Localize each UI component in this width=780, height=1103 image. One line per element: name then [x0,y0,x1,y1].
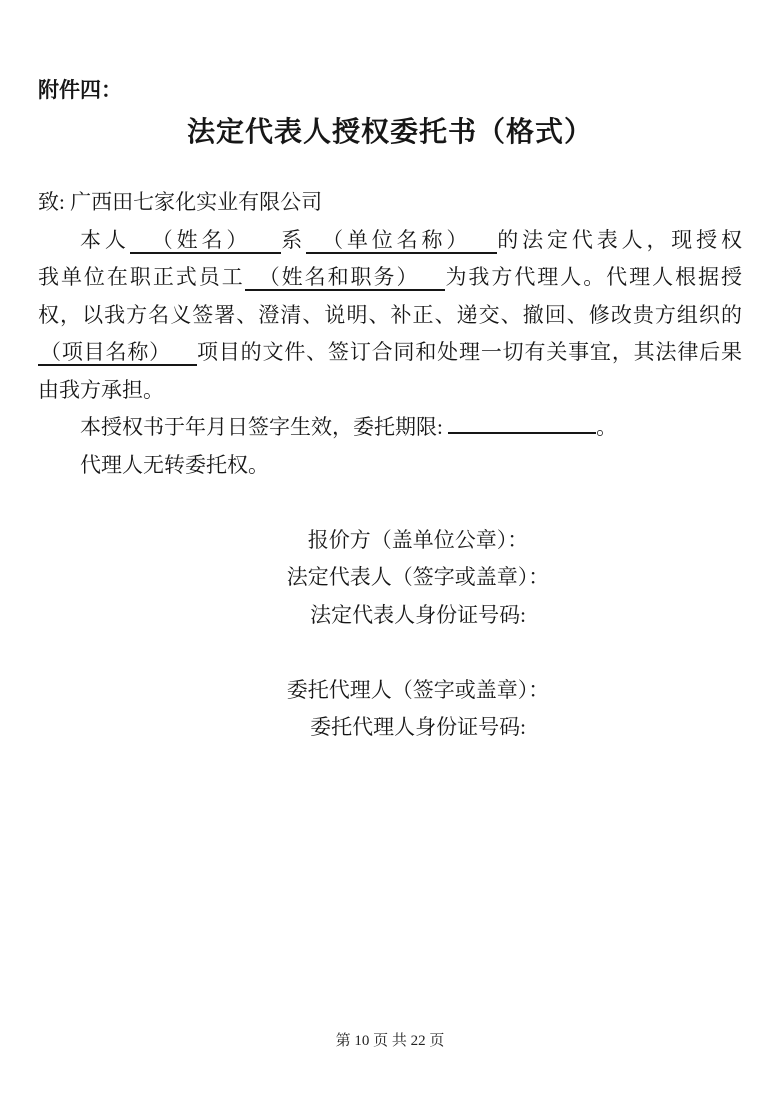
auth-paragraph-line-5: 由我方承担。 [38,372,742,410]
auth-paragraph-line-2: 我单位在职正式员工（姓名和职务）为我方代理人。代理人根据授 [38,259,742,297]
attachment-label: 附件四： [38,80,742,101]
document-page: 附件四： 法定代表人授权委托书（格式） 致: 广西田七家化实业有限公司 本人（姓… [0,0,780,1103]
org-name-blank: （单位名称） [306,228,497,254]
duration-blank [448,432,596,434]
text-segment: 。 [596,415,617,439]
text-segment: 项目的文件、签订合同和处理一切有关事宜，其法律后果 [197,340,742,364]
text-segment: 我单位在职正式员工 [38,265,245,289]
auth-paragraph-line-1: 本人（姓名）系（单位名称）的法定代表人，现授权 [38,222,742,260]
signature-block-agent: 委托代理人（签字或盖章）： 委托代理人身份证号码: [94,672,742,747]
document-body: 致: 广西田七家化实业有限公司 本人（姓名）系（单位名称）的法定代表人，现授权 … [38,184,742,747]
no-subdelegation-line: 代理人无转委托权。 [38,447,742,485]
name-blank: （姓名） [130,228,281,254]
text-segment: 本授权书于年月日签字生效，委托期限: [80,415,448,439]
agent-signature-line: 委托代理人（签字或盖章）： [94,672,742,710]
document-title: 法定代表人授权委托书（格式） [38,115,742,151]
text-segment: 为我方代理人。代理人根据授 [445,265,742,289]
text-segment: 本人 [80,228,130,252]
validity-line: 本授权书于年月日签字生效，委托期限: 。 [38,409,742,447]
text-segment: 由我方承担。 [38,378,164,402]
auth-paragraph-line-3: 权，以我方名义签署、澄清、说明、补正、递交、撤回、修改贵方组织的 [38,297,742,335]
legal-rep-signature-line: 法定代表人（签字或盖章）： [94,559,742,597]
project-name-blank: （项目名称） [38,340,197,366]
agent-id-line: 委托代理人身份证号码: [94,709,742,747]
signature-block-quoter: 报价方（盖单位公章）： 法定代表人（签字或盖章）： 法定代表人身份证号码: [94,522,742,635]
text-segment: 权，以我方名义签署、澄清、说明、补正、递交、撤回、修改贵方组织的 [38,303,742,327]
legal-rep-id-line: 法定代表人身份证号码: [94,597,742,635]
auth-paragraph-line-4: （项目名称）项目的文件、签订合同和处理一切有关事宜，其法律后果 [38,334,742,372]
text-segment: 的法定代表人，现授权 [497,228,742,252]
page-footer: 第 10 页 共 22 页 [0,1031,780,1051]
text-segment: 系 [281,228,306,252]
agent-name-title-blank: （姓名和职务） [245,265,446,291]
quoter-seal-line: 报价方（盖单位公章）： [94,522,742,560]
addressee-line: 致: 广西田七家化实业有限公司 [38,184,742,222]
